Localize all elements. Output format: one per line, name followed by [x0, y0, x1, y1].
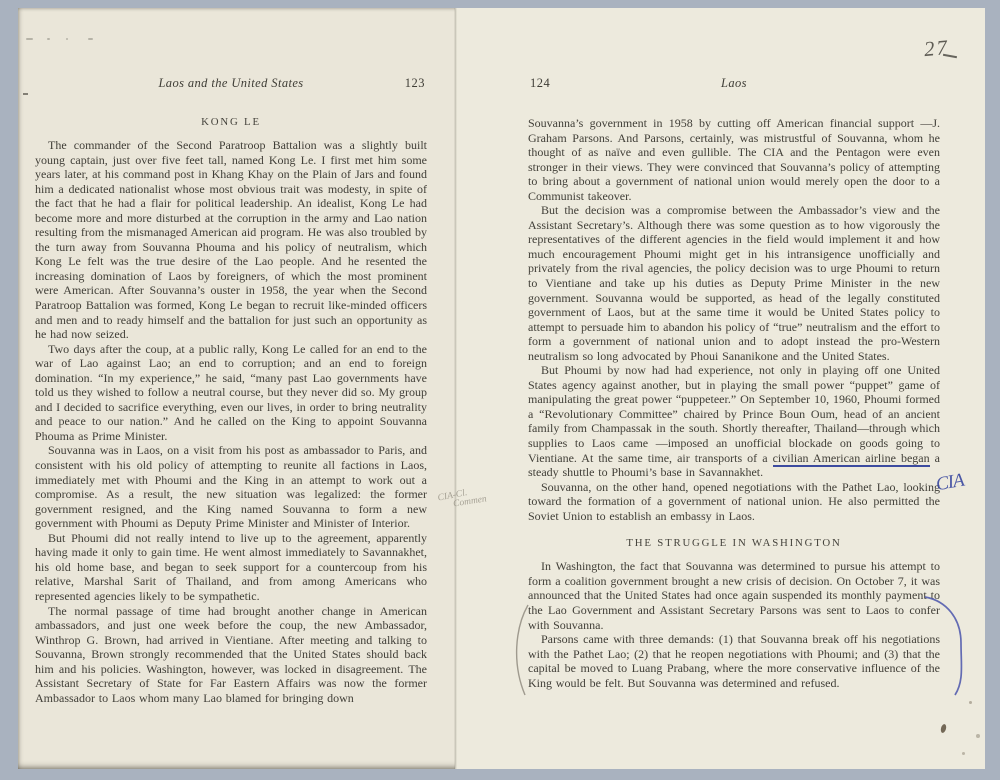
paragraph: But Phoumi by now had had experience, no… — [528, 363, 940, 479]
right-page-body: Souvanna’s government in 1958 by cutting… — [528, 116, 940, 690]
left-page-header: Laos and the United States 123 — [35, 76, 427, 92]
paragraph: But the decision was a compromise betwee… — [528, 203, 940, 363]
left-page: Laos and the United States 123 KONG LETh… — [35, 76, 427, 705]
section-heading: THE STRUGGLE IN WASHINGTON — [528, 537, 940, 549]
paragraph: Parsons came with three demands: (1) tha… — [528, 632, 940, 690]
scanned-book-screenshot: { "pages": { "left": { "running_title": … — [0, 0, 1000, 780]
paper-edge-mark — [23, 93, 28, 95]
paragraph: Souvanna’s government in 1958 by cutting… — [528, 116, 940, 203]
left-page-body: KONG LEThe commander of the Second Parat… — [35, 116, 427, 705]
paragraph: In Washington, the fact that Souvanna wa… — [528, 559, 940, 632]
text-segment: But Phoumi by now had had experience, no… — [528, 363, 940, 464]
paragraph: But Phoumi did not really intend to live… — [35, 531, 427, 604]
running-title-left: Laos and the United States — [35, 76, 427, 91]
right-page-header: 124 Laos — [528, 76, 940, 92]
paragraph: The commander of the Second Paratroop Ba… — [35, 138, 427, 342]
ink-underlined-phrase: civilian American airline began — [773, 451, 930, 467]
right-page: 124 Laos Souvanna’s government in 1958 b… — [528, 76, 940, 690]
paragraph: Souvanna, on the other hand, opened nego… — [528, 480, 940, 524]
paragraph: Two days after the coup, at a public ral… — [35, 342, 427, 444]
running-title-right: Laos — [528, 76, 940, 91]
book-spread: Laos and the United States 123 KONG LETh… — [18, 8, 985, 769]
paragraph: The normal passage of time had brought a… — [35, 604, 427, 706]
page-gutter — [454, 8, 457, 769]
paragraph: Souvanna was in Laos, on a visit from hi… — [35, 443, 427, 530]
page-number-123: 123 — [405, 76, 425, 91]
section-heading: KONG LE — [35, 116, 427, 128]
pencil-smudges-top-left — [26, 30, 116, 38]
